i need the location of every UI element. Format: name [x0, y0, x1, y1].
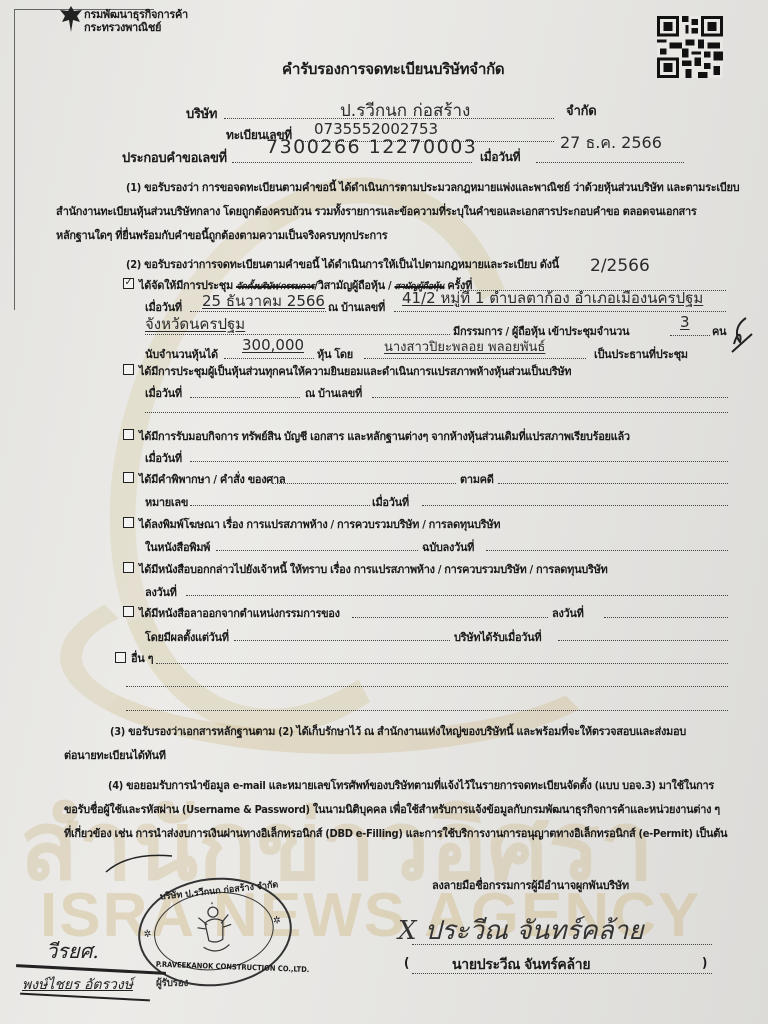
signatory-name: นายประวีณ จันทร์คล้าย [452, 954, 590, 976]
issue-date-label: ฉบับลงวันที่ [422, 538, 474, 556]
certifier-stamp-fragment: ผู้รับรอง [156, 976, 188, 991]
partnership-date-line [190, 397, 300, 398]
other-line1 [156, 663, 728, 664]
meeting-address2-value: จังหวัดนครปฐม [145, 312, 245, 336]
creditor-notice-date-label: ลงวันที่ [145, 583, 177, 601]
signature-close-paren: ) [702, 956, 707, 971]
creditor-notice-checkbox[interactable] [123, 562, 134, 573]
seal-star-left-icon: ✲ [143, 929, 152, 941]
court-case-line [498, 483, 728, 484]
chair-line [364, 358, 586, 359]
court-date-label: เมื่อวันที่ [372, 493, 409, 511]
asset-transfer-checkbox[interactable] [123, 429, 134, 440]
meeting-address-value: 41/2 หมู่ที่ 1 ตำบลตาก้อง อำเภอเมืองนครป… [402, 286, 703, 310]
chair-by-label: หุ้น โดย [317, 345, 353, 363]
ministry-name: กระทรวงพาณิชย์ [84, 18, 161, 36]
section4-line2: ขอรับชื่อผู้ใช้และรหัสผ่าน (Username & P… [64, 800, 720, 818]
creditor-notice-label: ได้มีหนังสือบอกกล่าวไปยังเจ้าหนี้ ให้ทรา… [139, 560, 608, 578]
page-title: คำรับรองการจดทะเบียนบริษัทจำกัด [282, 57, 504, 81]
chair-role-label: เป็นประธานที่ประชุม [594, 345, 688, 363]
partnership-address-label: ณ บ้านเลขที่ [305, 384, 362, 402]
request-no-value: 7300266 12270003 [266, 136, 477, 158]
received-date-label: บริษัทได้รับเมื่อวันที่ [454, 628, 541, 646]
signature-open-paren: ( [404, 956, 409, 971]
company-label: บริษัท [186, 103, 217, 124]
seal-bottom-text: P.RAVEEKANOK CONSTRUCTION CO.,LTD. [156, 960, 310, 974]
court-no-label: หมายเลข [145, 493, 188, 511]
partnership-conversion-label: ได้มีการประชุมผู้เป็นหุ้นส่วนทุกคนให้ควา… [139, 362, 571, 380]
other-checkbox[interactable] [115, 652, 126, 663]
effective-date-line [234, 640, 450, 641]
request-date-value: 27 ธ.ค. 2566 [560, 131, 662, 156]
company-suffix: จำกัด [566, 100, 596, 121]
effective-date-label: โดยมีผลตั้งแต่วันที่ [145, 628, 229, 646]
signature-caption: ลงลายมือชื่อกรรมการผู้มีอำนาจผูกพันบริษั… [432, 876, 629, 894]
partnership-conversion-checkbox[interactable] [123, 364, 134, 375]
section3-line1: (3) ขอรับรองว่าเอกสารหลักฐานตาม (2) ได้เ… [110, 722, 686, 740]
shares-line [224, 358, 314, 359]
partnership-date-label: เมื่อวันที่ [145, 384, 182, 402]
attendees-line [670, 335, 710, 336]
publication-label: ได้ลงพิมพ์โฆษณา เรื่อง การแปรสภาพห้าง / … [139, 515, 500, 533]
asset-transfer-date-line [190, 461, 728, 462]
meeting-no-value: 2/2566 [590, 256, 650, 276]
meeting-address-label: ณ บ้านเลขที่ [328, 298, 385, 316]
seal-deity-icon [195, 900, 234, 957]
section1-line3: หลักฐานใดๆ ที่ยื่นพร้อมกับคำขอนี้ถูกต้อง… [56, 226, 387, 244]
resignation-dated-line [604, 617, 728, 618]
court-order-label: ได้มีคำพิพากษา / คำสั่ง ของศาล [139, 470, 285, 488]
meeting-checkbox[interactable]: ✓ [123, 278, 134, 289]
other-line3 [126, 710, 728, 711]
chair-value: นางสาวปิยะพลอย พลอยพันธ์ [384, 336, 545, 357]
resignation-dated-label: ลงวันที่ [552, 604, 584, 622]
asset-transfer-date-label: เมื่อวันที่ [145, 449, 182, 467]
director-resignation-label: ได้มีหนังสือลาออกจากตำแหน่งกรรมการของ [139, 604, 340, 622]
court-order-checkbox[interactable] [123, 472, 134, 483]
section3-line2: ต่อนายทะเบียนได้ทันที [64, 746, 166, 764]
meeting-address-line [394, 311, 726, 312]
qr-code-icon [657, 16, 723, 78]
court-case-label: ตามคดี [460, 470, 494, 488]
request-no-label: ประกอบคำขอเลขที่ [122, 147, 227, 168]
section4-line3: ที่เกี่ยวข้อง เช่น การนำส่งงบการเงินผ่าน… [64, 824, 727, 842]
margin-initial-mark [728, 316, 756, 356]
shares-label: นับจำนวนหุ้นได้ [145, 345, 218, 363]
other-label: อื่น ๆ [131, 649, 153, 667]
asset-transfer-label: ได้มีการรับมอบกิจการ ทรัพย์สิน บัญชี เอก… [139, 427, 630, 445]
newspaper-line [216, 550, 418, 551]
court-order-line [272, 483, 456, 484]
section4-line1: (4) ขอยอมรับการนำข้อมูล e-mail และหมายเล… [108, 776, 714, 794]
pen-stroke [104, 852, 174, 874]
shares-value: 300,000 [242, 336, 304, 354]
request-date-label: เมื่อวันที่ [480, 148, 520, 167]
persons-label: คน [712, 322, 726, 340]
seal-star-right-icon: ✲ [273, 915, 282, 927]
court-date-line [422, 505, 728, 506]
director-resignation-line [352, 617, 548, 618]
garuda-emblem-icon [58, 4, 84, 34]
issue-date-line [486, 550, 728, 551]
court-no-line [190, 505, 370, 506]
certifier-initials: วีรยศ. [46, 935, 99, 967]
request-no-line [232, 162, 472, 163]
newspaper-label: ในหนังสือพิมพ์ [145, 538, 210, 556]
other-line2 [126, 686, 728, 687]
received-date-line [558, 640, 728, 641]
attendees-value: 3 [680, 313, 690, 331]
section1-line2: สำนักงานทะเบียนหุ้นส่วนบริษัทกลาง โดยถูก… [56, 202, 696, 220]
meeting-date-value: 25 ธันวาคม 2566 [202, 289, 325, 313]
document-page: สำนักข่าวอิศรา ISRA NEWS AGENCY กรมพัฒนา… [0, 0, 768, 1024]
partnership-address-line [372, 397, 728, 398]
request-date-line [536, 162, 684, 163]
publication-checkbox[interactable] [123, 517, 134, 528]
creditor-notice-date-line [186, 595, 728, 596]
partnership-address-line2 [145, 412, 728, 413]
section2-intro: (2) ขอรับรองว่าการจดทะเบียนตามคำขอนี้ ได… [126, 255, 559, 273]
section1-line1: (1) ขอรับรองว่า การขอจดทะเบียนตามคำขอนี้… [126, 178, 739, 196]
form-left-rule [14, 10, 15, 310]
signature-line [412, 944, 712, 945]
director-resignation-checkbox[interactable] [123, 606, 134, 617]
